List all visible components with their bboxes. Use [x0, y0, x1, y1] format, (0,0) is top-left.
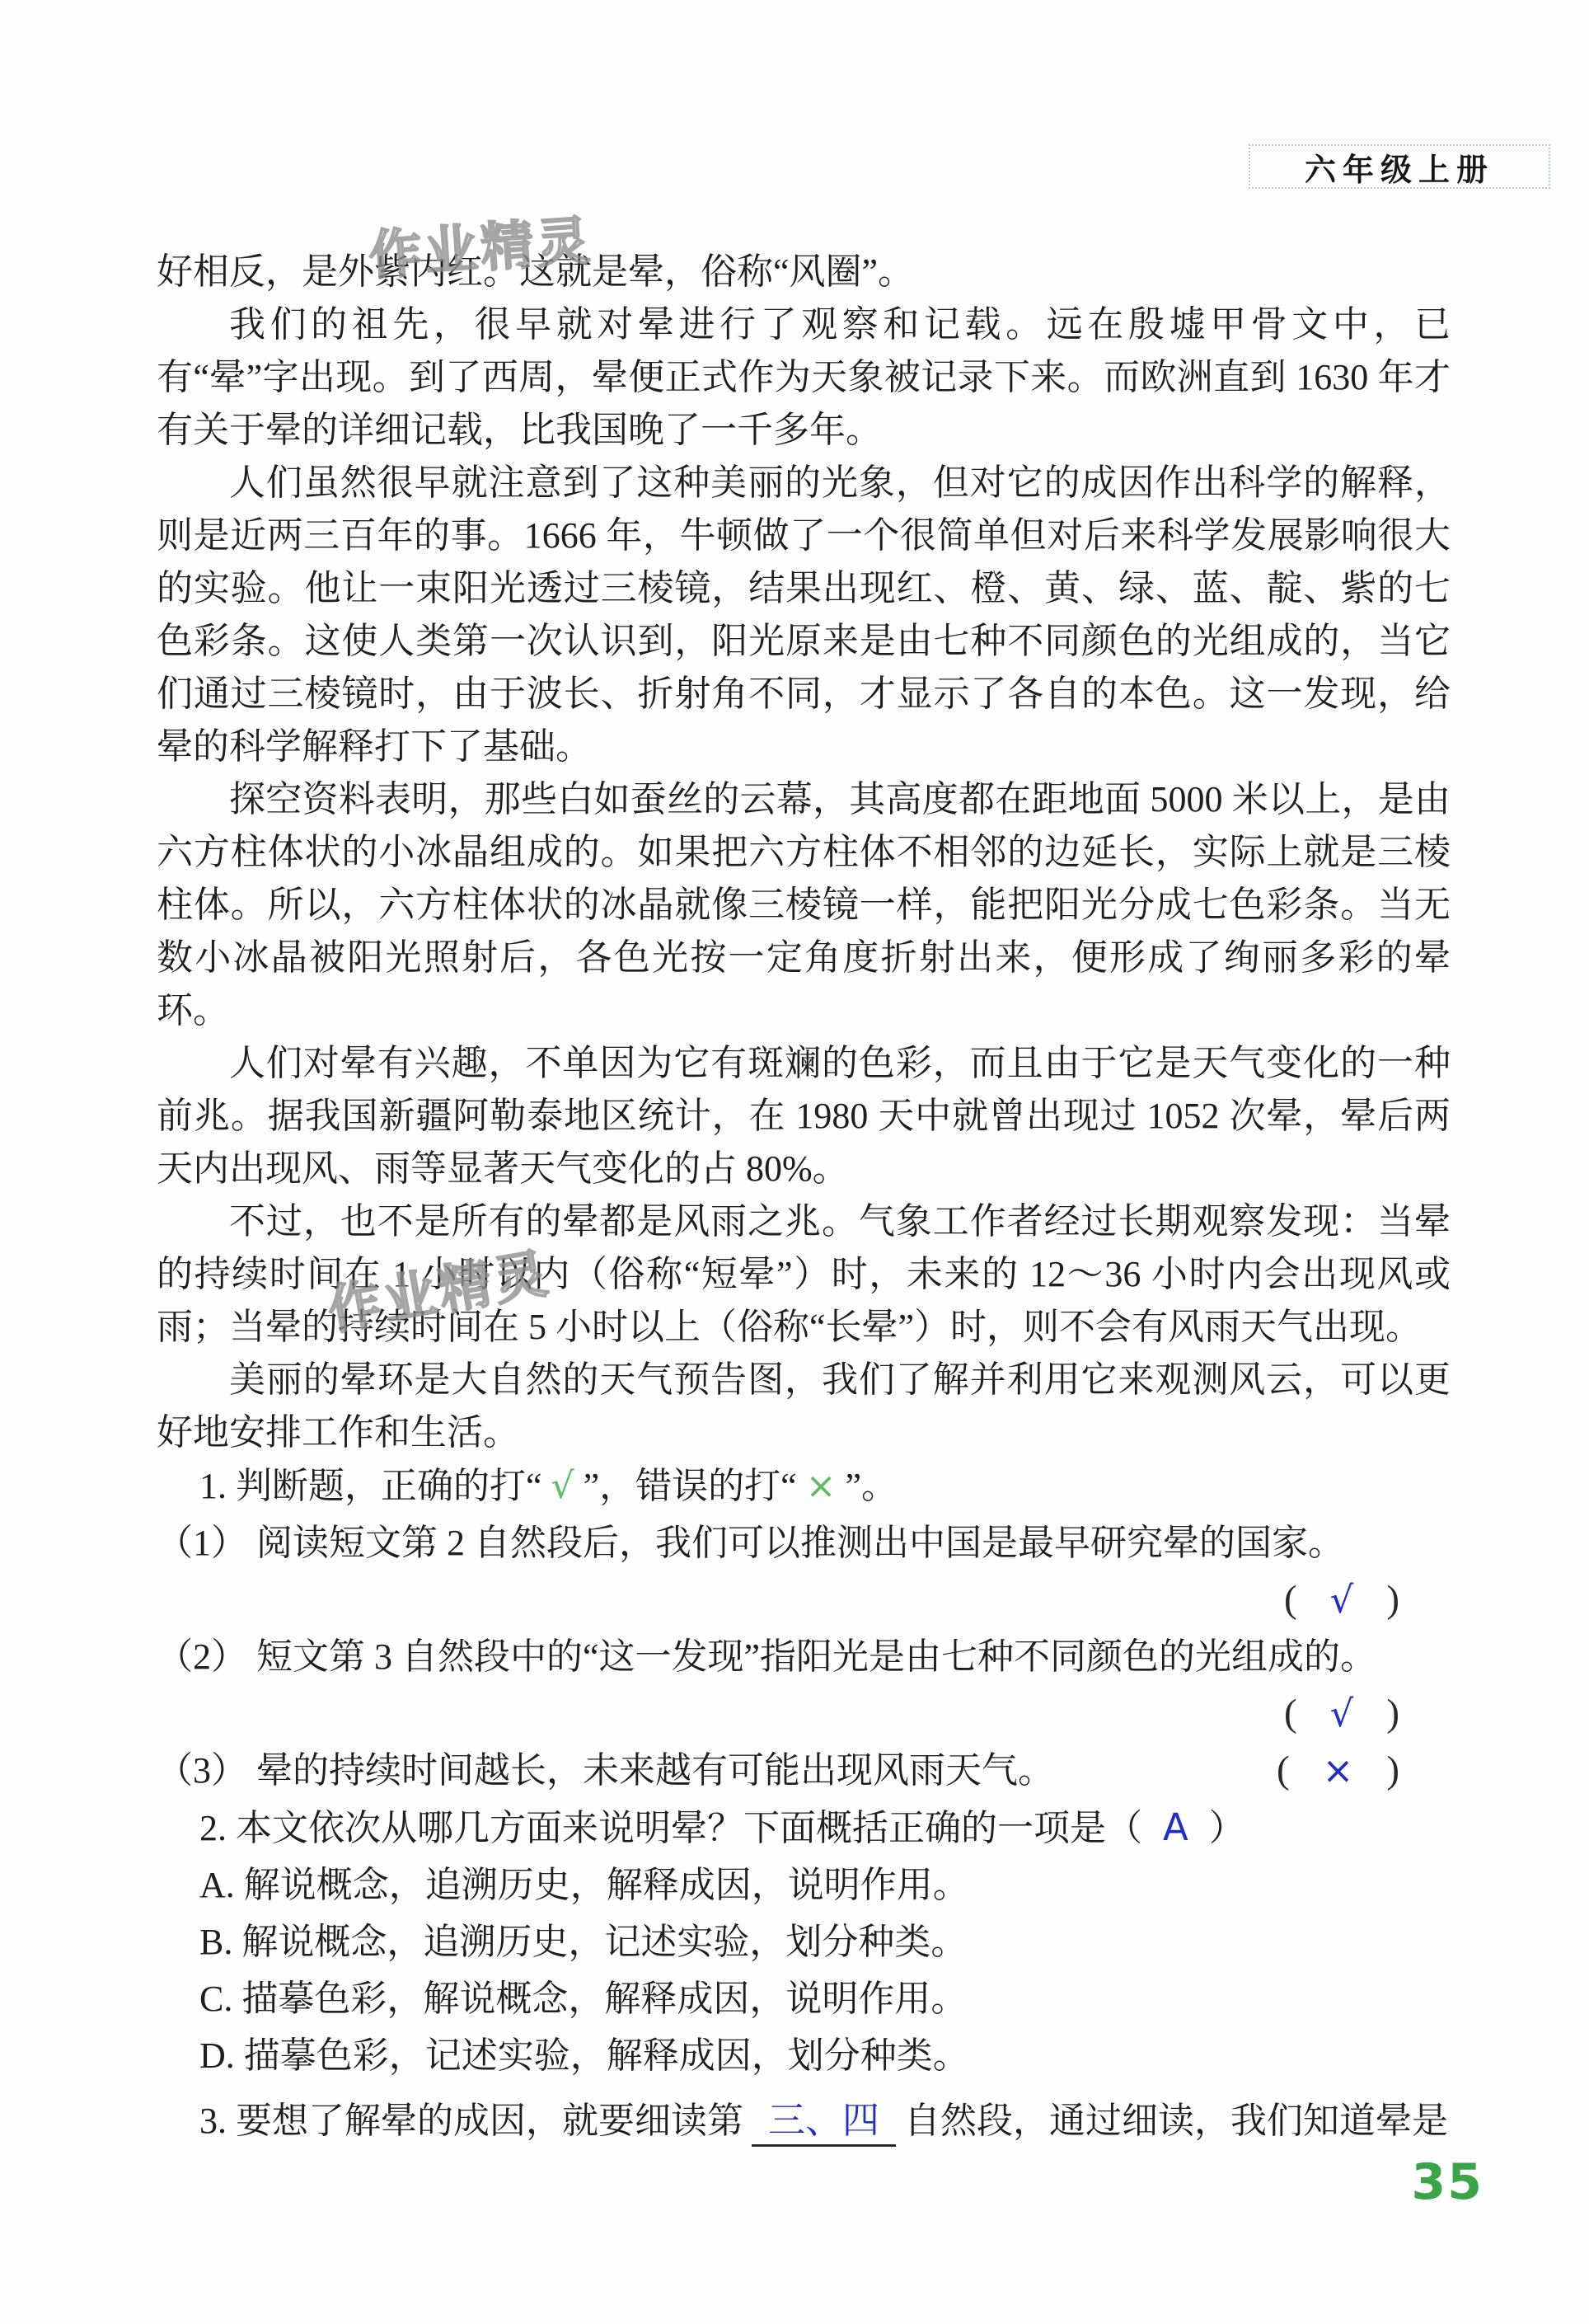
article-paragraph: 我们的祖先，很早就对晕进行了观察和记载。远在殷墟甲骨文中，已有“晕”字出现。到了…: [157, 298, 1451, 457]
article-paragraph: 好相反，是外紫内红。这就是晕，俗称“风圈”。: [157, 246, 1451, 298]
item-label: （1）: [157, 1523, 247, 1563]
article-paragraph: 探空资料表明，那些白如蚕丝的云幕，其高度都在距地面 5000 米以上，是由六方柱…: [157, 773, 1451, 1037]
article-paragraph: 美丽的晕环是大自然的天气预告图，我们了解并利用它来观测风云，可以更好地安排工作和…: [157, 1354, 1451, 1459]
question-3-text-suffix: 自然段，通过细读，我们知道晕是: [904, 2101, 1448, 2141]
answer-brackets: ( √ ): [1284, 1571, 1399, 1628]
answer-brackets: ( × ): [1277, 1742, 1399, 1799]
item-text: 阅读短文第 2 自然段后，我们可以推测出中国是最早研究晕的国家。: [256, 1523, 1344, 1563]
cross-mark-glyph: ×: [806, 1465, 837, 1507]
answer-line-1: ( √ ): [157, 1571, 1451, 1628]
item-text: 晕的持续时间越长，未来越有可能出现风雨天气。: [256, 1750, 1054, 1791]
option-text: 描摹色彩，记述实验，解释成因，划分种类。: [244, 2035, 969, 2076]
option-label: A.: [199, 1865, 235, 1905]
option-label: C.: [199, 1979, 232, 2019]
fill-in-blank: 三、四: [752, 2097, 896, 2147]
question-1-text-part2: ”，错误的打“: [584, 1466, 797, 1506]
option-text: 解说概念，追溯历史，解释成因，说明作用。: [244, 1865, 969, 1905]
option-c: C. 描摹色彩，解说概念，解释成因，说明作用。: [157, 1970, 1451, 2027]
question-3-stem: 3. 要想了解晕的成因，就要细读第三、四自然段，通过细读，我们知道晕是: [157, 2092, 1451, 2149]
option-d: D. 描摹色彩，记述实验，解释成因，划分种类。: [157, 2027, 1451, 2084]
question-2-text-close: ）: [1209, 1808, 1245, 1848]
question-1-item-3: （3） 晕的持续时间越长，未来越有可能出现风雨天气。 ( × ): [157, 1742, 1451, 1799]
option-b: B. 解说概念，追溯历史，记述实验，划分种类。: [157, 1913, 1451, 1970]
answer-paren-open: (: [1284, 1571, 1297, 1628]
questions-section: 1. 判断题，正确的打“ √ ”，错误的打“ × ”。 （1） 阅读短文第 2 …: [157, 1458, 1451, 2149]
answer-paren-close: ): [1386, 1685, 1399, 1742]
answer-paren-close: ): [1386, 1742, 1399, 1799]
article-paragraph: 不过，也不是所有的晕都是风雨之兆。气象工作者经过长期观察发现：当晕的持续时间在 …: [157, 1195, 1451, 1354]
item-label: （2）: [157, 1636, 247, 1677]
page-header-title: 六年级上册: [1305, 144, 1494, 190]
answer-paren-open: (: [1284, 1685, 1297, 1742]
handwritten-check-answer: √: [1330, 1571, 1354, 1628]
check-mark-glyph: √: [551, 1465, 574, 1507]
item-label: （3）: [157, 1750, 247, 1791]
item-text: 短文第 3 自然段中的“这一发现”指阳光是由七种不同颜色的光组成的。: [256, 1636, 1376, 1677]
handwritten-choice-answer: A: [1163, 1805, 1188, 1849]
workbook-page: 六年级上册 作业精灵 作业精灵 好相反，是外紫内红。这就是晕，俗称“风圈”。 我…: [0, 0, 1589, 2324]
option-a: A. 解说概念，追溯历史，解释成因，说明作用。: [157, 1857, 1451, 1913]
answer-brackets: ( √ ): [1284, 1685, 1399, 1742]
question-1-text-part3: ”。: [846, 1466, 898, 1506]
item-text-wrap: （3） 晕的持续时间越长，未来越有可能出现风雨天气。: [157, 1742, 1054, 1799]
article-paragraph: 人们对晕有兴趣，不单因为它有斑斓的色彩，而且由于它是天气变化的一种前兆。据我国新…: [157, 1037, 1451, 1195]
question-1-stem: 1. 判断题，正确的打“ √ ”，错误的打“ × ”。: [157, 1458, 1451, 1514]
handwritten-check-answer: √: [1330, 1685, 1354, 1742]
question-2-stem: 2. 本文依次从哪几方面来说明晕？下面概括正确的一项是（ A ）: [157, 1799, 1451, 1857]
question-1-text-part1: 判断题，正确的打“: [236, 1466, 542, 1506]
option-text: 解说概念，追溯历史，记述实验，划分种类。: [241, 1922, 967, 1962]
option-label: B.: [199, 1922, 232, 1962]
option-text: 描摹色彩，解说概念，解释成因，说明作用。: [241, 1979, 967, 2019]
question-1-item-1: （1） 阅读短文第 2 自然段后，我们可以推测出中国是最早研究晕的国家。: [157, 1514, 1451, 1571]
question-1-item-2: （2） 短文第 3 自然段中的“这一发现”指阳光是由七种不同颜色的光组成的。: [157, 1628, 1451, 1685]
article-body: 好相反，是外紫内红。这就是晕，俗称“风圈”。 我们的祖先，很早就对晕进行了观察和…: [157, 246, 1451, 1459]
handwritten-blank-answer: 三、四: [768, 2098, 879, 2142]
header-box: 六年级上册: [1249, 144, 1550, 189]
answer-paren-open: (: [1277, 1742, 1290, 1799]
answer-line-2: ( √ ): [157, 1685, 1451, 1742]
question-3-text-prefix: 3. 要想了解晕的成因，就要细读第: [199, 2101, 743, 2141]
question-1-number: 1.: [199, 1466, 227, 1506]
answer-paren-close: ): [1386, 1571, 1399, 1628]
article-paragraph: 人们虽然很早就注意到了这种美丽的光象，但对它的成因作出科学的解释，则是近两三百年…: [157, 457, 1451, 773]
option-label: D.: [199, 2035, 235, 2076]
page-number: 35: [1412, 2153, 1484, 2211]
question-2-text: 2. 本文依次从哪几方面来说明晕？下面概括正确的一项是（: [199, 1808, 1142, 1848]
handwritten-cross-answer: ×: [1323, 1742, 1354, 1799]
